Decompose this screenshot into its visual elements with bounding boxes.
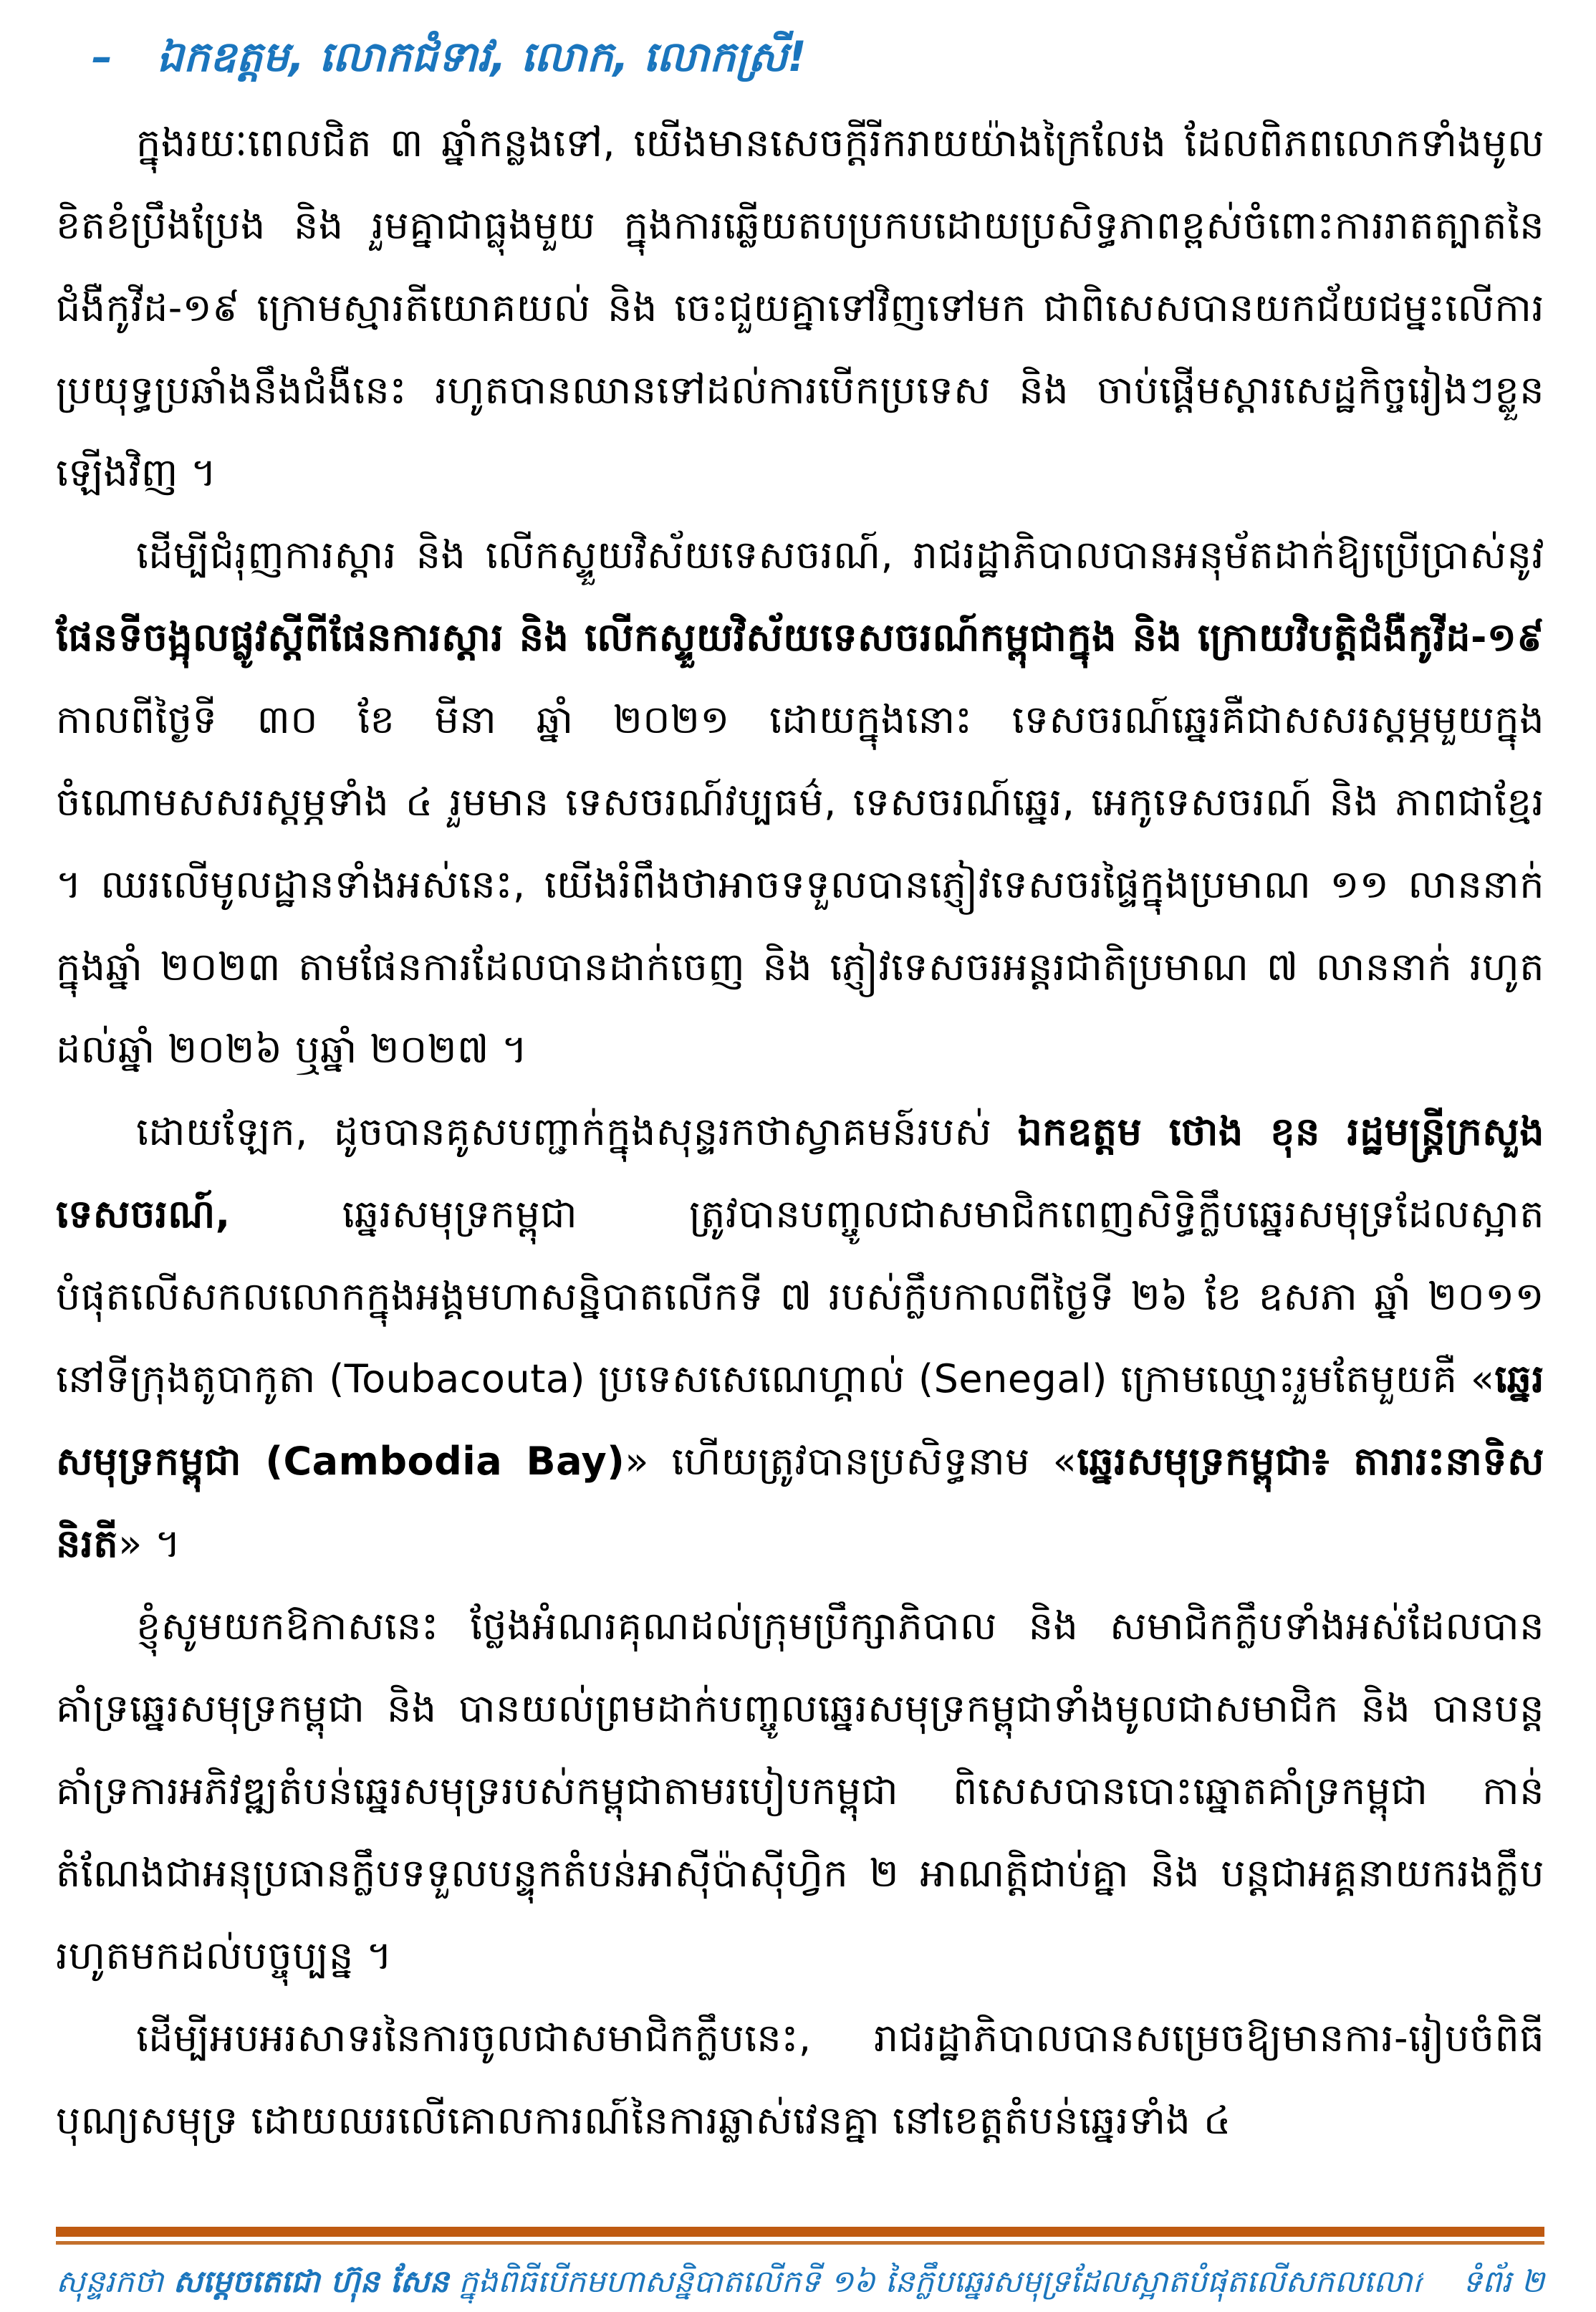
footer-rule-thick	[56, 2227, 1544, 2237]
text-run: » ។	[118, 1521, 181, 1566]
salutation-text: ឯកឧត្តម, លោកជំទាវ, លោក, លោកស្រី!	[157, 14, 807, 99]
text-run: កាលពីថ្ងៃទី ៣០ ខែ មីនា ឆ្នាំ ២០២១ ដោយក្ន…	[56, 697, 1544, 1072]
footer-line: សុន្ទរកថា សម្ដេចតេជោ ហ៊ុន សែន ក្នុងពិធីប…	[56, 2260, 1544, 2303]
footer-text-run: ក្នុងពិធីបើកមហាសន្និបាតលើកទី ១៦ នៃក្លឹបឆ…	[449, 2264, 1423, 2300]
text-run: ក្នុងរយៈពេលជិត ៣ ឆ្នាំកន្លងទៅ, យើងមានសេច…	[56, 120, 1544, 495]
footer-rule-thin	[56, 2241, 1544, 2245]
text-run: ខ្ញុំសូមយកឱកាសនេះ ថ្លែងអំណរគុណដល់ក្រុមប្…	[56, 1603, 1544, 1978]
page-footer: សុន្ទរកថា សម្ដេចតេជោ ហ៊ុន សែន ក្នុងពិធីប…	[56, 2227, 1544, 2303]
text-run: » ហើយត្រូវបានប្រសិទ្ធនាម «	[625, 1439, 1077, 1484]
footer-text: សុន្ទរកថា សម្ដេចតេជោ ហ៊ុន សែន ក្នុងពិធីប…	[56, 2260, 1423, 2303]
text-run: ឆ្នេរសមុទ្រកម្ពុជា ត្រូវបានបញ្ចូលជាសមាជិ…	[56, 1191, 1544, 1401]
footer-text-run: សុន្ទរកថា	[56, 2264, 173, 2300]
body-paragraphs: ក្នុងរយៈពេលជិត ៣ ឆ្នាំកន្លងទៅ, យើងមានសេច…	[56, 102, 1544, 2162]
paragraph: ដើម្បីអបអរសាទរនៃការចូលជាសមាជិកក្លឹបនេះ, …	[56, 1997, 1544, 2162]
paragraph: ក្នុងរយៈពេលជិត ៣ ឆ្នាំកន្លងទៅ, យើងមានសេច…	[56, 102, 1544, 514]
text-run: ដើម្បីអបអរសាទរនៃការចូលជាសមាជិកក្លឹបនេះ, …	[56, 2015, 1544, 2143]
document-page: – ឯកឧត្តម, លោកជំទាវ, លោក, លោកស្រី! ក្នុង…	[0, 0, 1596, 2312]
paragraph: ដើម្បីជំរុញការស្ដារ និង លើកស្ទួយវិស័យទេស…	[56, 514, 1544, 1090]
salutation-heading: – ឯកឧត្តម, លោកជំទាវ, លោក, លោកស្រី!	[56, 14, 1544, 99]
page-content: – ឯកឧត្តម, លោកជំទាវ, លោក, លោកស្រី! ក្នុង…	[56, 14, 1544, 2162]
text-run: ដោយឡែក, ដូចបានគូសបញ្ជាក់ក្នុងសុន្ទរកថាស្…	[136, 1109, 1017, 1154]
text-run: ផែនទីចង្អុលផ្លូវស្ដីពីផែនការស្ដារ និង លើ…	[56, 615, 1544, 660]
paragraph: ដោយឡែក, ដូចបានគូសបញ្ជាក់ក្នុងសុន្ទរកថាស្…	[56, 1090, 1544, 1585]
page-number: ទំព័រ ២	[1463, 2260, 1544, 2303]
text-run: ដើម្បីជំរុញការស្ដារ និង លើកស្ទួយវិស័យទេស…	[136, 532, 1544, 577]
paragraph: ខ្ញុំសូមយកឱកាសនេះ ថ្លែងអំណរគុណដល់ក្រុមប្…	[56, 1585, 1544, 1997]
footer-text-run: សម្ដេចតេជោ ហ៊ុន សែន	[173, 2264, 449, 2300]
dash-bullet: –	[92, 14, 112, 99]
